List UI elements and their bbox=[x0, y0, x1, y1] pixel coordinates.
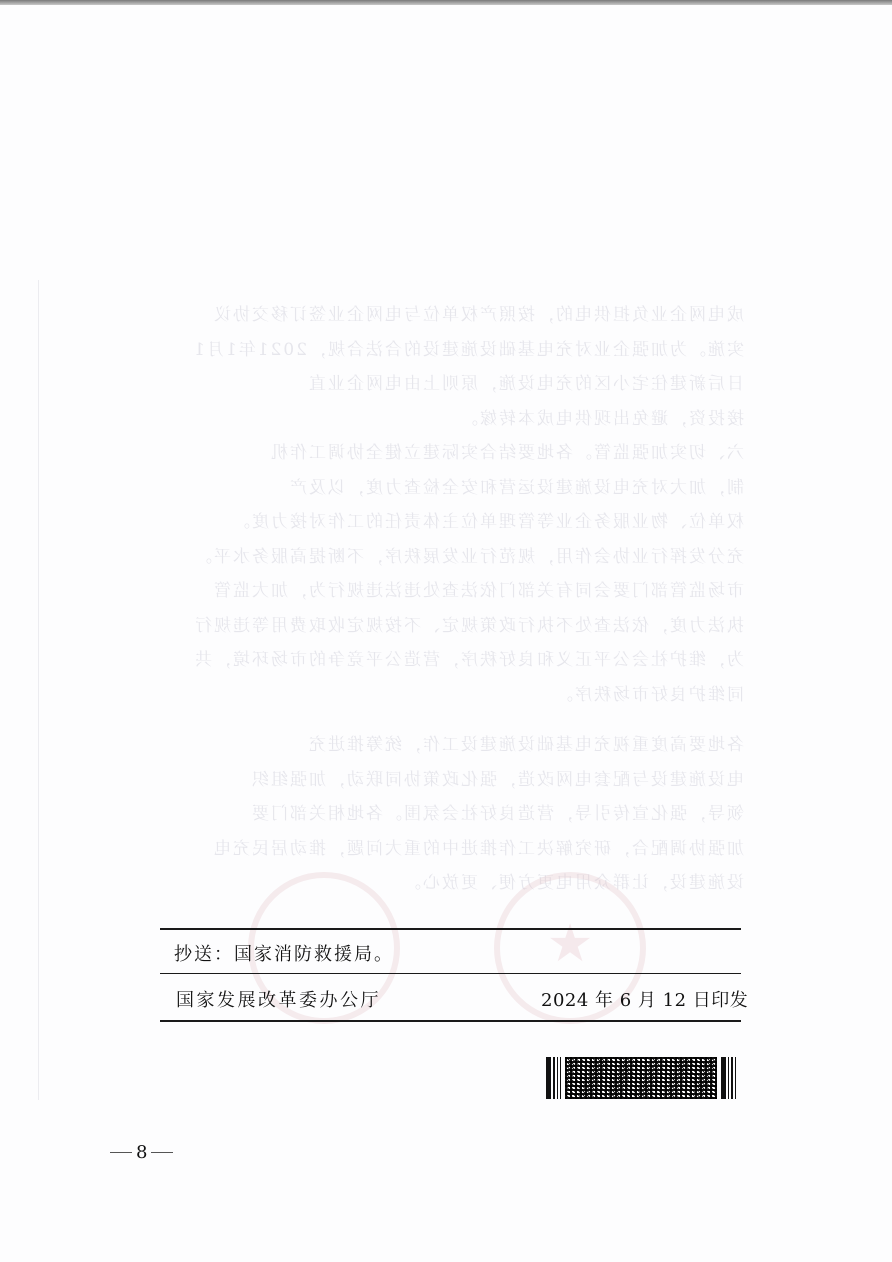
cc-line: 抄送：国家消防救援局。 bbox=[174, 940, 394, 966]
page-number-value: 8 bbox=[136, 1142, 147, 1163]
bleed-line: 加强协调配合，研究解决工作推进中的重大问题，推动居民充电 bbox=[196, 832, 744, 867]
issue-date: 2024 年 6 月 12 日印发 bbox=[541, 986, 748, 1012]
pdf417-barcode bbox=[546, 1057, 736, 1099]
bleed-line: 同维护良好市场秩序。 bbox=[196, 678, 744, 713]
bleed-line: 权单位、物业服务企业等管理单位主体责任的工作对接力度。 bbox=[196, 505, 744, 540]
page-number-dash-left bbox=[110, 1152, 132, 1153]
scan-left-edge bbox=[38, 280, 39, 1100]
footer-rule-bottom bbox=[160, 1020, 741, 1022]
bleed-line: 接投资，避免出现供电成本转嫁。 bbox=[196, 402, 744, 437]
footer-rule-top bbox=[160, 928, 741, 930]
bleed-line: 实施。为加强企业对充电基础设施建设的合法合规，2021年1月1 bbox=[196, 333, 744, 368]
page-number: 8 bbox=[110, 1142, 173, 1163]
star-icon: ★ bbox=[500, 914, 640, 974]
bleed-line: 领导，强化宣传引导，营造良好社会氛围。各地相关部门要 bbox=[196, 797, 744, 832]
bleed-line: 日后新建住宅小区的充电设施，原则上由电网企业直 bbox=[196, 367, 744, 402]
bleed-line: 市场监管部门要会同有关部门依法查处违法违规行为，加大监管 bbox=[196, 574, 744, 609]
footer-rule-middle bbox=[160, 973, 741, 974]
bleed-line: 充分发挥行业协会作用，规范行业发展秩序，不断提高服务水平。 bbox=[196, 540, 744, 575]
bleed-line: 成电网企业负担供电的，按照产权单位与电网企业签订移交协议 bbox=[196, 298, 744, 333]
barcode-stop-guard bbox=[721, 1057, 736, 1099]
scan-top-edge bbox=[0, 0, 892, 5]
issuing-office: 国家发展改革委办公厅 bbox=[176, 986, 381, 1012]
bleed-line: 执法力度，依法查处不执行政策规定、不按规定收取费用等违规行 bbox=[196, 609, 744, 644]
page-number-dash-right bbox=[151, 1152, 173, 1153]
barcode-matrix bbox=[565, 1057, 717, 1099]
barcode-start-guard bbox=[546, 1057, 561, 1099]
bleed-line: 制，加大对充电设施建设运营和安全检查力度，以及产 bbox=[196, 471, 744, 506]
bleed-line: 六、切实加强监管。各地要结合实际建立健全协调工作机 bbox=[196, 436, 744, 471]
bleed-line: 为，维护社会公平正义和良好秩序，营造公平竞争的市场环境，共 bbox=[196, 643, 744, 678]
bleed-line: 各地要高度重视充电基础设施建设工作，统筹推进充 bbox=[196, 728, 744, 763]
reverse-side-bleed-through: 成电网企业负担供电的，按照产权单位与电网企业签订移交协议实施。为加强企业对充电基… bbox=[196, 298, 744, 901]
bleed-line: 电设施建设与配套电网改造，强化政策协同联动，加强组织 bbox=[196, 763, 744, 798]
